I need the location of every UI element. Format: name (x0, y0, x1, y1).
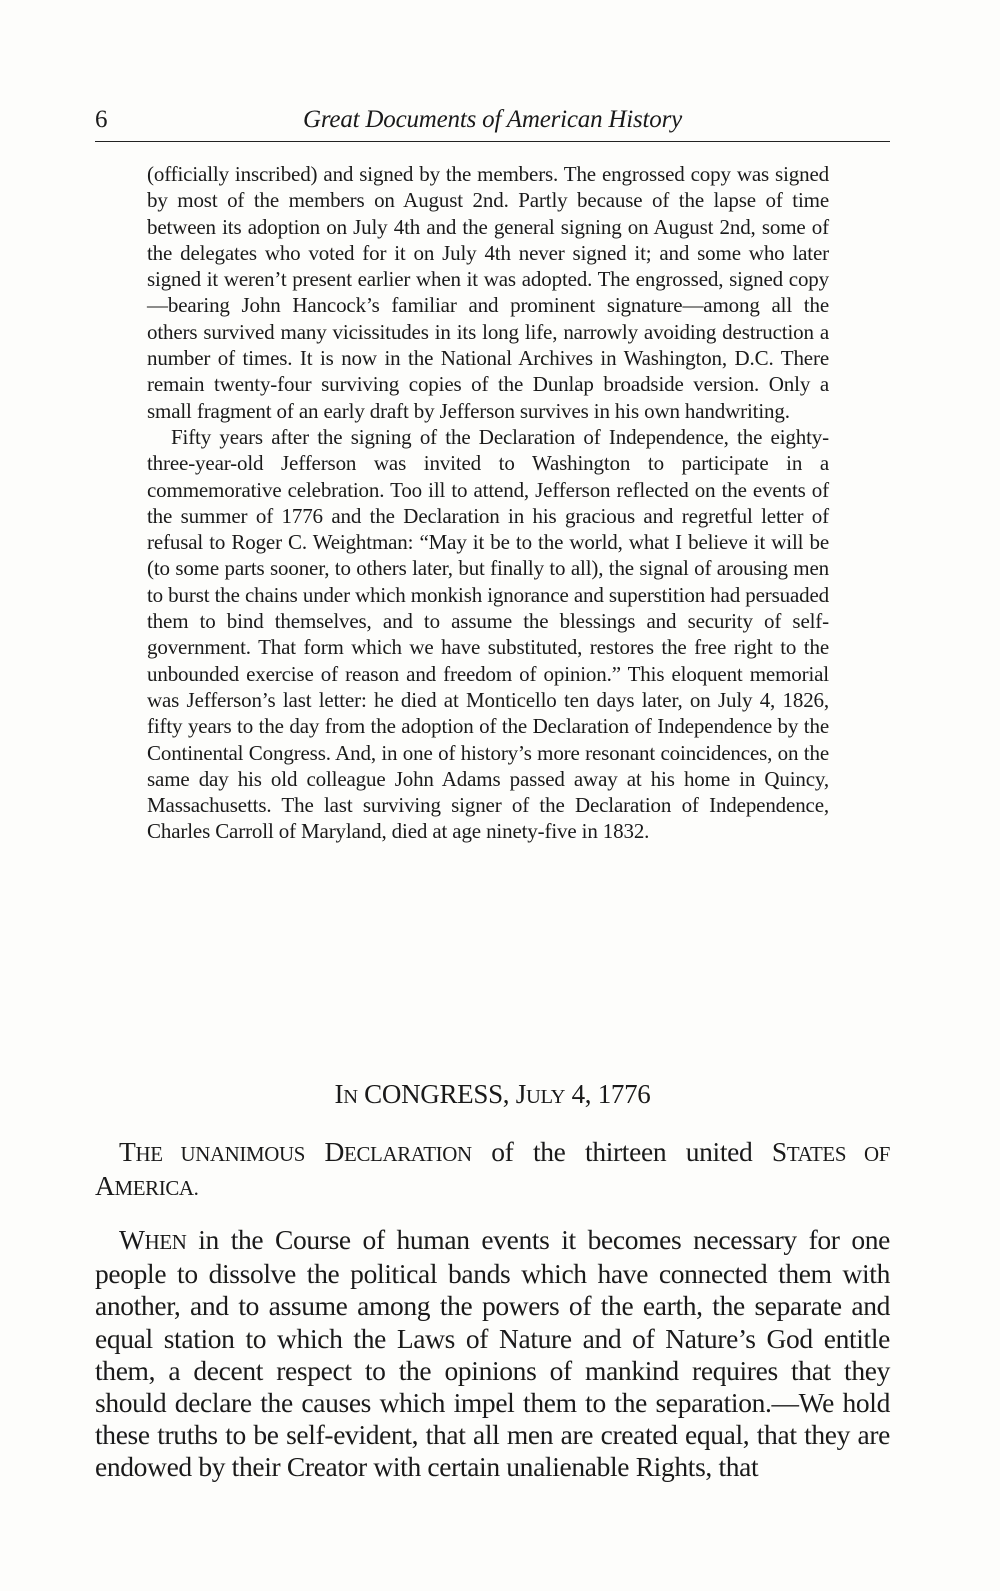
lead-initial: W (119, 1224, 145, 1255)
declaration-title-text: THE UNANIMOUS DECLARATION of the thirtee… (95, 1136, 890, 1204)
lead-smallcaps: HEN (145, 1230, 187, 1254)
heading-smallcaps: N (343, 1086, 358, 1108)
heading-initial: J (516, 1079, 526, 1109)
title-smallcaps: HE UNANIMOUS (135, 1142, 305, 1166)
declaration-body: WHEN in the Course of human events it be… (95, 1224, 890, 1484)
title-initial: T (119, 1136, 135, 1167)
running-title: Great Documents of American History (95, 103, 890, 137)
declaration-paragraph: WHEN in the Course of human events it be… (95, 1224, 890, 1484)
title-initial: D (305, 1136, 344, 1167)
declaration-title: THE UNANIMOUS DECLARATION of the thirtee… (95, 1136, 890, 1204)
section-heading: IN CONGRESS, JULY 4, 1776 (95, 1077, 890, 1114)
declaration-text: in the Course of human events it becomes… (95, 1224, 890, 1482)
heading-initial: I (334, 1079, 343, 1109)
title-initial: A (95, 1170, 115, 1201)
title-text: of the thirteen united (472, 1136, 772, 1167)
title-smallcaps: MERICA. (115, 1176, 199, 1200)
running-head: 6 Great Documents of American History (95, 103, 890, 142)
intro-text: (officially inscribed) and signed by the… (147, 161, 829, 845)
title-smallcaps: TATES OF (787, 1142, 890, 1166)
heading-congress: CONGRESS, (358, 1079, 516, 1109)
intro-paragraph: Fifty years after the signing of the Dec… (147, 424, 829, 845)
title-smallcaps: ECLARATION (344, 1142, 472, 1166)
heading-date: 4, 1776 (565, 1079, 650, 1109)
heading-smallcaps: ULY (526, 1086, 565, 1108)
intro-paragraph: (officially inscribed) and signed by the… (147, 161, 829, 424)
title-initial: S (772, 1136, 787, 1167)
